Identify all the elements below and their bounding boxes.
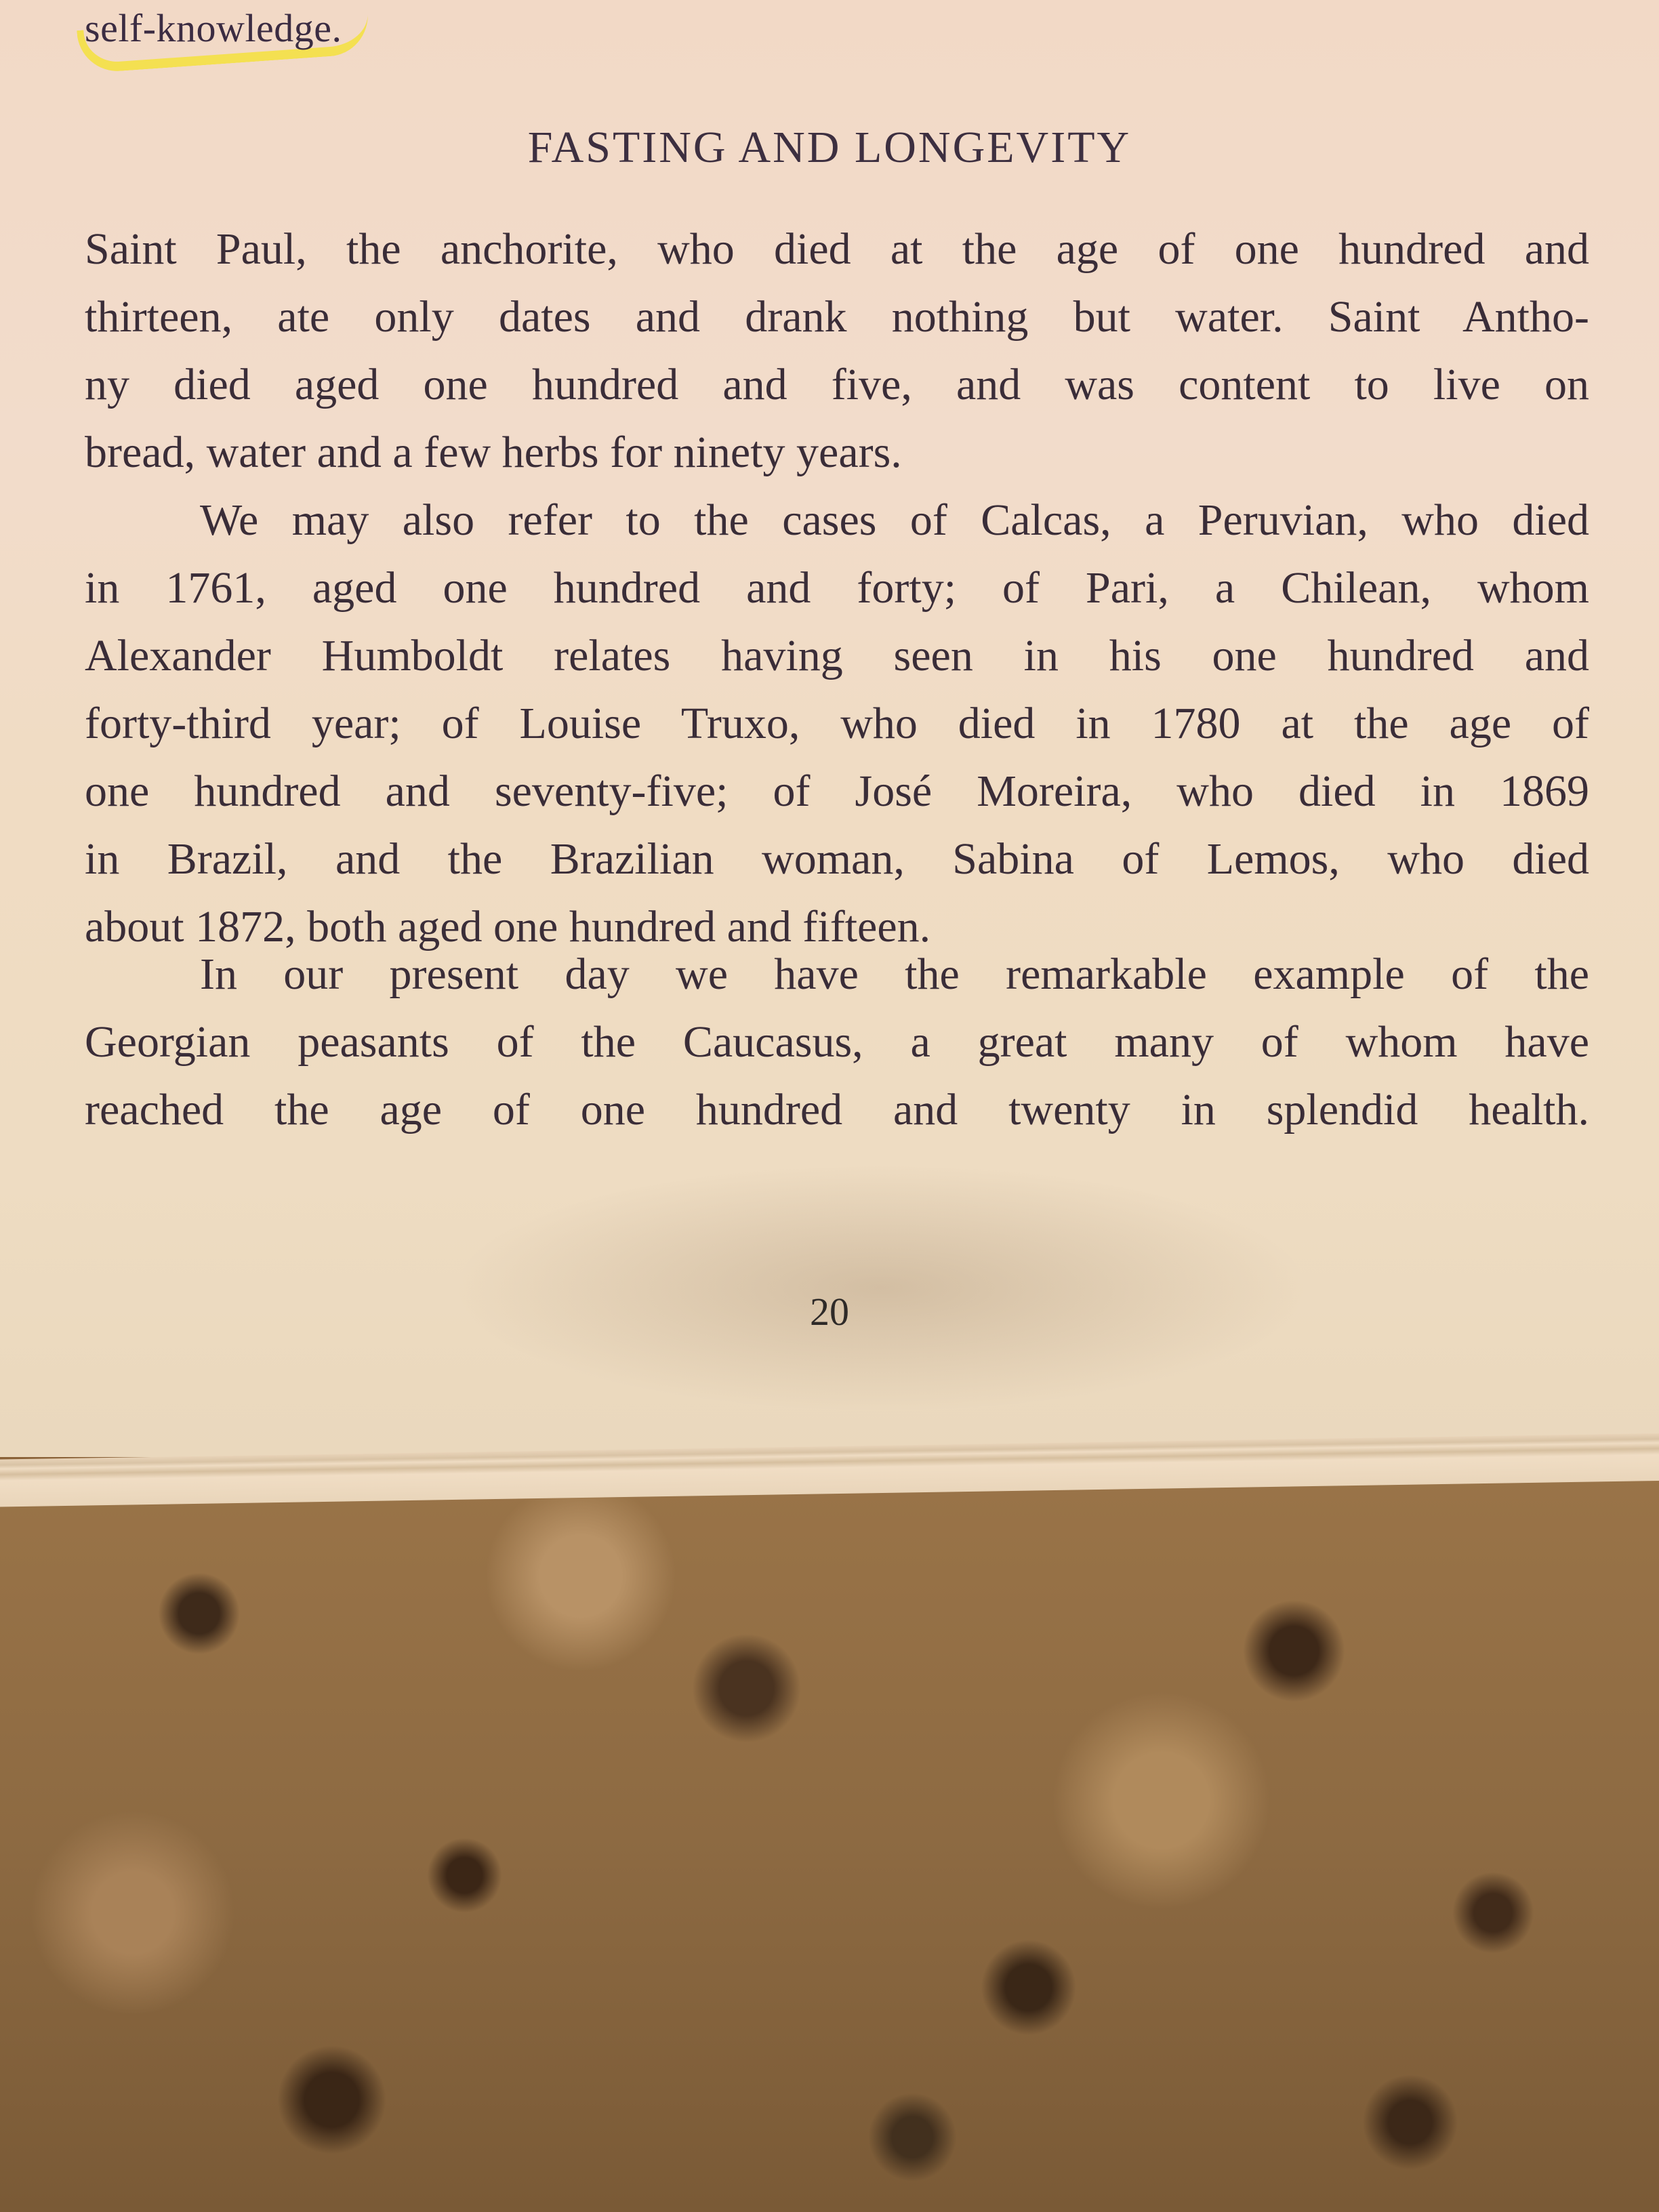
text-line: In our present day we have the remarkabl… xyxy=(85,941,1589,1008)
text-line: one hundred and seventy-five; of José Mo… xyxy=(85,758,1589,825)
granite-countertop xyxy=(0,1464,1659,2212)
text-line: forty-third year; of Louise Truxo, who d… xyxy=(85,690,1589,758)
text-line: in 1761, aged one hundred and forty; of … xyxy=(85,554,1589,622)
previous-text-fragment: self-knowledge. xyxy=(85,5,342,51)
text-line: Georgian peasants of the Caucasus, a gre… xyxy=(85,1008,1589,1076)
text-line: bread, water and a few herbs for ninety … xyxy=(85,419,1589,487)
text-line: in Brazil, and the Brazilian woman, Sabi… xyxy=(85,825,1589,893)
text-line: thirteen, ate only dates and drank nothi… xyxy=(85,283,1589,351)
paragraph-2: We may also refer to the cases of Calcas… xyxy=(85,487,1589,961)
section-heading: FASTING AND LONGEVITY xyxy=(0,122,1659,173)
paragraph-1: Saint Paul, the anchorite, who died at t… xyxy=(85,216,1589,487)
paragraph-3: In our present day we have the remarkabl… xyxy=(85,941,1589,1144)
text-line: Saint Paul, the anchorite, who died at t… xyxy=(85,216,1589,283)
text-line: We may also refer to the cases of Calcas… xyxy=(85,487,1589,554)
book-page: self-knowledge. FASTING AND LONGEVITY Sa… xyxy=(0,0,1659,1457)
text-line: reached the age of one hundred and twent… xyxy=(85,1076,1589,1144)
page-number: 20 xyxy=(0,1289,1659,1334)
text-line: Alexander Humboldt relates having seen i… xyxy=(85,622,1589,690)
text-line: ny died aged one hundred and five, and w… xyxy=(85,351,1589,419)
